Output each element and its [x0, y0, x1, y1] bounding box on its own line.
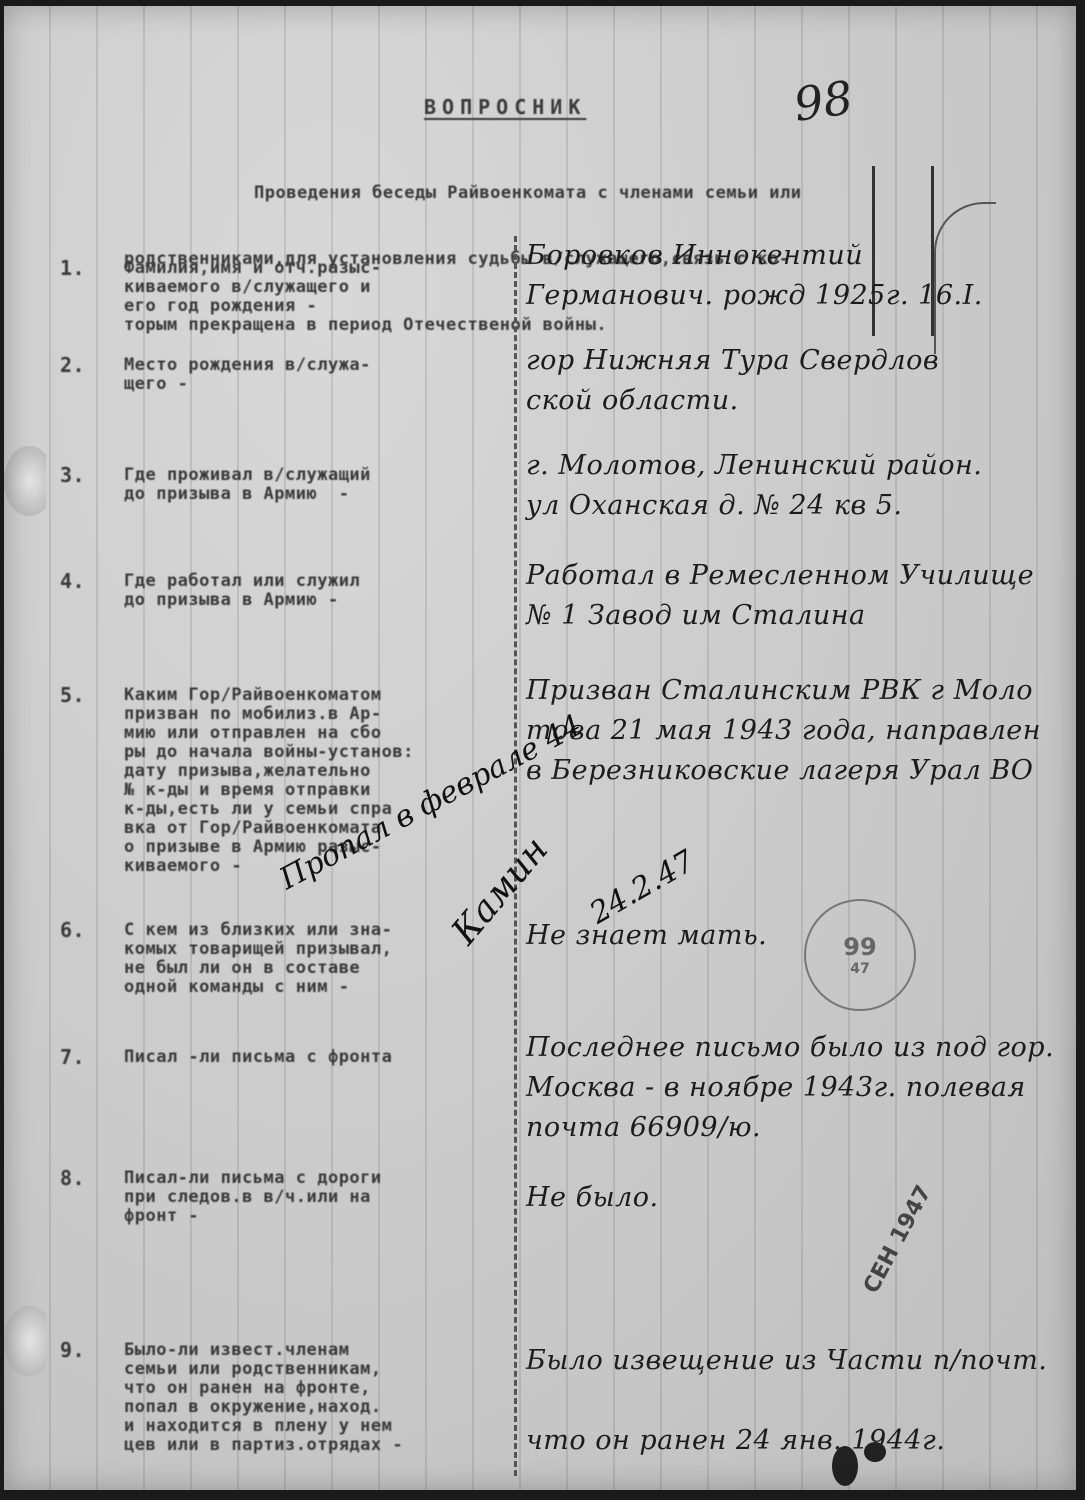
- round-stamp-number: 99: [843, 933, 876, 961]
- item-answer: г. Молотов, Ленинский район.ул Оханская …: [526, 446, 982, 526]
- question-line: до призыва в Армию -: [124, 591, 360, 610]
- answer-line: № 1 Завод им Сталина: [526, 596, 1034, 636]
- item-answer: гор Нижняя Тура Свердловской области.: [526, 341, 939, 421]
- question-line: до призыва в Армию -: [124, 485, 371, 504]
- question-line: комых товарищей призывал,: [124, 940, 392, 959]
- item-answer: Последнее письмо было из под гор.Москва …: [526, 1028, 1054, 1148]
- document-title: ВОПРОСНИК: [424, 98, 586, 117]
- question-line: киваемого в/служащего и: [124, 278, 382, 297]
- intro-line: торым прекращена в период Отечественой в…: [124, 314, 801, 336]
- round-stamp-sub: 47: [850, 961, 869, 977]
- item-question: Писал-ли письма с дорогипри следов.в в/ч…: [124, 1169, 382, 1226]
- date-stamp: СЕН 1947: [859, 1181, 937, 1297]
- item-answer: Не было.: [526, 1178, 659, 1218]
- item-number: 7.: [60, 1048, 85, 1067]
- binder-hole: [4, 446, 46, 516]
- binder-hole: [4, 1306, 46, 1376]
- document-page: 98 ВОПРОСНИК Проведения беседы Райвоенко…: [4, 6, 1076, 1490]
- item-question: Фамилия,имя и отч.разыс-киваемого в/служ…: [124, 259, 382, 316]
- answer-line: гор Нижняя Тура Свердлов: [526, 341, 939, 381]
- answer-line: Призван Сталинским РВК г Моло: [526, 671, 1041, 711]
- item-answer: Было извещение из Части п/почт.что он ра…: [526, 1321, 1047, 1481]
- item-number: 9.: [60, 1341, 85, 1360]
- answer-line: в Березниковские лагеря Урал ВО: [526, 751, 1041, 791]
- intro-line: Проведения беседы Райвоенкомата с членам…: [124, 182, 801, 204]
- round-stamp: 99 47: [804, 899, 916, 1011]
- item-answer: Работал в Ремесленном Училище№ 1 Завод и…: [526, 556, 1034, 636]
- answer-line: Москва - в ноябре 1943г. полевая: [526, 1068, 1054, 1108]
- item-number: 8.: [60, 1169, 85, 1188]
- item-question: С кем из близких или зна-комых товарищей…: [124, 921, 392, 997]
- answer-line: Последнее письмо было из под гор.: [526, 1028, 1054, 1068]
- question-line: Место рождения в/служа-: [124, 356, 371, 375]
- answer-line: ул Оханская д. № 24 кв 5.: [526, 486, 982, 526]
- question-line: киваемого -: [124, 857, 414, 876]
- question-line: призван по мобилиз.в Ар-: [124, 705, 414, 724]
- question-line: цев или в партиз.отрядах -: [124, 1436, 403, 1455]
- item-number: 2.: [60, 356, 85, 375]
- ink-blot: [832, 1446, 858, 1486]
- question-line: Каким Гор/Райвоенкоматом: [124, 686, 414, 705]
- item-question: Где работал или служилдо призыва в Армию…: [124, 572, 360, 610]
- item-answer: Не знает мать.: [526, 916, 767, 956]
- item-number: 1.: [60, 259, 85, 278]
- question-line: при следов.в в/ч.или на: [124, 1188, 382, 1207]
- question-line: Было-ли извест.членам: [124, 1341, 403, 1360]
- question-line: не был ли он в составе: [124, 959, 392, 978]
- item-number: 5.: [60, 686, 85, 705]
- question-line: Фамилия,имя и отч.разыс-: [124, 259, 382, 278]
- question-line: Писал -ли письма с фронта: [124, 1048, 392, 1067]
- item-number: 4.: [60, 572, 85, 591]
- question-line: мию или отправлен на сбо: [124, 724, 414, 743]
- answer-line: г. Молотов, Ленинский район.: [526, 446, 982, 486]
- item-answer: Боровков ИннокентийГерманович. рожд 1925…: [526, 236, 983, 316]
- item-question: Было-ли извест.членамсемьи или родственн…: [124, 1341, 403, 1455]
- item-number: 6.: [60, 921, 85, 940]
- answer-line: Германович. рожд 1925г. 16.I.: [526, 276, 983, 316]
- question-line: семьи или родственникам,: [124, 1360, 403, 1379]
- question-line: одной команды с ним -: [124, 978, 392, 997]
- question-line: его год рождения -: [124, 297, 382, 316]
- question-line: С кем из близких или зна-: [124, 921, 392, 940]
- question-line: Писал-ли письма с дороги: [124, 1169, 382, 1188]
- answer-line: Не знает мать.: [526, 916, 767, 956]
- answer-line: Боровков Иннокентий: [526, 236, 983, 276]
- item-answer: Призван Сталинским РВК г Молотова 21 мая…: [526, 671, 1041, 791]
- question-line: что он ранен на фронте,: [124, 1379, 403, 1398]
- item-question: Место рождения в/служа-щего -: [124, 356, 371, 394]
- item-number: 3.: [60, 466, 85, 485]
- item-question: Где проживал в/служащийдо призыва в Арми…: [124, 466, 371, 504]
- question-line: дату призыва,желательно: [124, 762, 414, 781]
- answer-line: Было извещение из Части п/почт.: [526, 1321, 1047, 1401]
- answer-line: ской области.: [526, 381, 939, 421]
- ink-blot: [864, 1442, 886, 1462]
- question-line: Где работал или служил: [124, 572, 360, 591]
- answer-line: почта 66909/ю.: [526, 1108, 1054, 1148]
- question-line: и находится в плену у нем: [124, 1417, 403, 1436]
- question-line: фронт -: [124, 1207, 382, 1226]
- question-line: № к-ды и время отправки: [124, 781, 414, 800]
- answer-line: Не было.: [526, 1178, 659, 1218]
- question-line: Где проживал в/служащий: [124, 466, 371, 485]
- archive-page-number: 98: [791, 70, 856, 132]
- question-line: попал в окружение,наход.: [124, 1398, 403, 1417]
- question-line: ры до начала войны-установ:: [124, 743, 414, 762]
- answer-line: что он ранен 24 янв. 1944г.: [526, 1401, 1047, 1481]
- question-line: щего -: [124, 375, 371, 394]
- answer-line: Работал в Ремесленном Училище: [526, 556, 1034, 596]
- item-question: Писал -ли письма с фронта: [124, 1048, 392, 1067]
- answer-line: това 21 мая 1943 года, направлен: [526, 711, 1041, 751]
